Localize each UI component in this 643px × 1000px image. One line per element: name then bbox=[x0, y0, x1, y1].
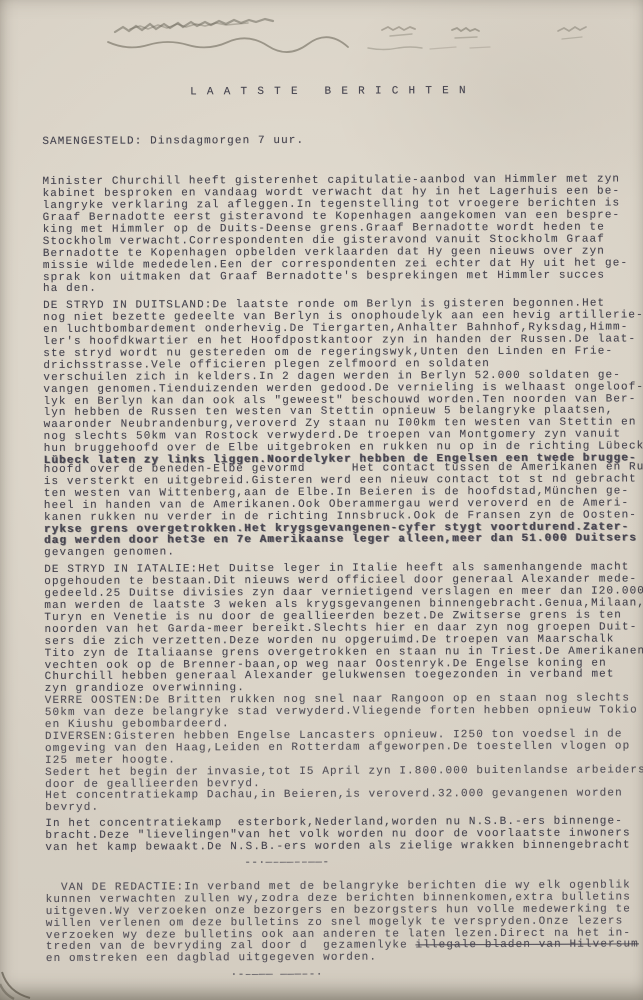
wavy-underline bbox=[108, 37, 490, 52]
paragraph-separator-mid: --·—–——––——- bbox=[45, 856, 643, 871]
paragraph-churchill-himmler: Minister Churchill heeft gisterenhet cap… bbox=[42, 175, 643, 297]
paragraph-stryd-in-duitsland: DE STRYD IN DUITSLAND:De laatste ronde o… bbox=[43, 299, 643, 561]
pencil-scribble bbox=[115, 19, 586, 39]
struck-text: illegale bladen van Hilversum bbox=[415, 939, 638, 952]
pencil-annotation bbox=[0, 0, 643, 60]
paragraph-westerbork: In het concentratiekamp esterbork,Nederl… bbox=[45, 817, 643, 855]
text-line: ha den. bbox=[43, 282, 643, 297]
scanned-page: L A A T S T E B E R I C H T E N SAMENGES… bbox=[0, 0, 643, 1000]
document-body: Minister Churchill heeft gisterenhet cap… bbox=[42, 175, 643, 984]
compiled-timestamp: SAMENGESTELD: Dinsdagmorgen 7 uur. bbox=[42, 134, 643, 149]
typewritten-text: L A A T S T E B E R I C H T E N SAMENGES… bbox=[42, 61, 643, 1000]
text-line: van het kamp bewaakt.De N.S.B.-ers worde… bbox=[45, 840, 643, 855]
paragraph-dachau: Het concentratiekamp Dachau,in Beieren,i… bbox=[45, 789, 643, 815]
text-line: en omstreken een dagblad uitgegeven word… bbox=[46, 952, 643, 967]
paragraph-stryd-in-italie: DE STRYD IN IATALIE:Het Duitse leger in … bbox=[44, 563, 643, 697]
paragraph-verre-oosten: VERRE OOSTEN:De Britten rukken nog snel … bbox=[45, 694, 643, 732]
text-line: ·-–——— ———–-· bbox=[46, 969, 643, 984]
page-title: L A A T S T E B E R I C H T E N bbox=[190, 85, 643, 99]
paragraph-diversen: DIVERSEN:Gisteren hebben Engelse Lancast… bbox=[45, 729, 643, 767]
paragraph-van-de-redactie: VAN DE REDACTIE:In verband met de belang… bbox=[46, 880, 643, 966]
text-line: --·—–——––——- bbox=[45, 856, 643, 871]
text-line: gevangen genomen. bbox=[44, 546, 643, 561]
text-line: bevryd. bbox=[45, 801, 643, 816]
paragraph-separator-end: ·-–——— ———–-· bbox=[46, 969, 643, 984]
